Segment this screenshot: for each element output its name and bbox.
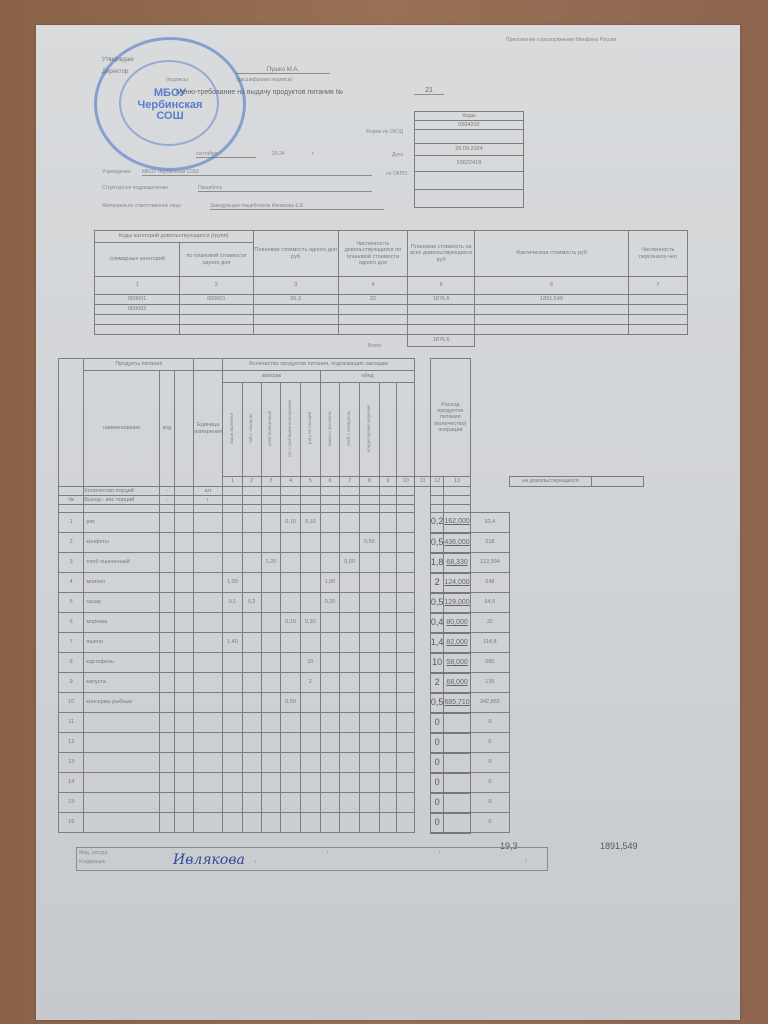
decode-hint: (расшифровка подписи)	[236, 77, 292, 83]
sum-cell: 32	[470, 613, 509, 633]
sum-cell: 0	[470, 773, 509, 793]
responsible-label: Материально ответственное лицо	[102, 203, 181, 209]
dish-name: какао с молоком	[328, 411, 333, 446]
okpo-label: по ОКПО	[386, 171, 407, 177]
qty-cell: 10	[430, 653, 444, 673]
price-cell	[444, 793, 470, 813]
product-row: 9капуста2268,000136	[59, 673, 644, 693]
price-cell: 124,000	[444, 573, 470, 593]
dish-name: чай с сахаром	[249, 414, 254, 444]
qty-cell: 0,4	[430, 613, 444, 633]
qty-cell: 0	[430, 733, 444, 753]
qty-cell: 1,4	[430, 633, 444, 653]
sum-cell: 0	[470, 713, 509, 733]
product-row: 2конфеты0,500,5436,000218	[59, 533, 644, 553]
product-row: 3хлеб пшеничный1,200,601,868,330122,994	[59, 553, 644, 573]
qty-cell: 0,5	[430, 533, 444, 553]
okpo-value: 53622418	[415, 156, 524, 172]
category-row: 00000100000195.3221876.61891,549	[95, 295, 688, 305]
document-page: Приложение к распоряжению Минфина России…	[36, 25, 740, 1020]
qty-cell: 1,8	[430, 553, 444, 573]
qty-cell: 0,2	[430, 513, 444, 533]
sum-cell: 0	[470, 733, 509, 753]
products-table: Продукты питанияКоличество продуктов пит…	[58, 358, 644, 834]
sum-cell: 64,5	[470, 593, 509, 613]
price-cell	[444, 753, 470, 773]
category-row	[95, 325, 688, 335]
sum-cell: 114,8	[470, 633, 509, 653]
sum-cell: 0	[470, 793, 509, 813]
category-row: 000002	[95, 305, 688, 315]
price-cell: 436,000	[444, 533, 470, 553]
date-year: 20 24	[272, 151, 285, 157]
qty-cell: 0,5	[430, 693, 444, 713]
product-row: 1500	[59, 793, 644, 813]
price-cell: 82,000	[444, 633, 470, 653]
qty-cell: 0	[430, 813, 444, 833]
storekeeper-signature: Ивлякова	[173, 852, 245, 868]
product-row: 1100	[59, 713, 644, 733]
total-label: Всего	[368, 343, 381, 349]
product-row: 6морковь0,100,300,480,00032	[59, 613, 644, 633]
date-value: 26.09.2024	[415, 144, 524, 156]
sum-cell: 122,994	[470, 553, 509, 573]
top-note: Приложение к распоряжению Минфина России	[506, 37, 616, 43]
dish-name: хлеб пшеничный	[268, 411, 273, 446]
price-cell: 68,000	[444, 673, 470, 693]
price-cell: 129,000	[444, 593, 470, 613]
product-row: 1400	[59, 773, 644, 793]
product-row: 5сахар0,10,20,200,5129,00064,5	[59, 593, 644, 613]
price-cell	[444, 713, 470, 733]
nurse-label: Мед. сестра	[79, 850, 107, 856]
total-value: 1876.6	[408, 335, 475, 347]
dish-name: рагу из овощей	[308, 412, 313, 444]
price-cell: 685,710	[444, 693, 470, 713]
sum-cell: 580	[470, 653, 509, 673]
qty-cell: 0	[430, 793, 444, 813]
dish-name: каша пшенная	[230, 413, 235, 443]
price-cell: 80,000	[444, 613, 470, 633]
sum-cell: 136	[470, 673, 509, 693]
division-label: Структурное подразделение	[102, 185, 168, 191]
qty-cell: 0	[430, 713, 444, 733]
price-cell: 58,000	[444, 653, 470, 673]
sum-cell: 218	[470, 533, 509, 553]
sum-cell: 248	[470, 573, 509, 593]
sum-cell: 0	[470, 813, 509, 833]
dish-name: кондитерские изделия	[367, 405, 372, 452]
dish-name: хлеб с повидлом	[347, 411, 352, 446]
product-row: 4молоко1,001,002124,000248	[59, 573, 644, 593]
price-cell	[444, 733, 470, 753]
total-sum: 1891,549	[600, 841, 638, 851]
school-stamp: МБОУЧербинскаяСОШ	[94, 37, 246, 171]
qty-cell: 0,5	[430, 593, 444, 613]
sum-cell: 0	[470, 753, 509, 773]
sum-cell: 342,855	[470, 693, 509, 713]
product-row: 8картофель101058,000580	[59, 653, 644, 673]
price-cell: 68,330	[444, 553, 470, 573]
product-row: 1300	[59, 753, 644, 773]
qty-cell: 2	[430, 573, 444, 593]
price-cell	[444, 813, 470, 833]
qty-cell: 0	[430, 773, 444, 793]
sum-cell: 32,4	[470, 513, 509, 533]
institution-label: Учреждение	[102, 169, 131, 175]
price-cell: 162,000	[444, 513, 470, 533]
date-year-suffix: г.	[312, 151, 315, 157]
dish-name: суп с рыбными консервами	[288, 400, 293, 457]
category-row	[95, 315, 688, 325]
price-cell	[444, 773, 470, 793]
codes-header: Коды	[415, 112, 524, 121]
okud-label: Форма по ОКУД	[366, 129, 403, 135]
qty-cell: 0	[430, 753, 444, 773]
date-label: Дата	[392, 152, 403, 158]
qty-cell: 2	[430, 673, 444, 693]
director-name: Пушко М.А.	[236, 67, 330, 74]
codes-table: Коды 0504202 26.09.2024 53622418	[414, 111, 524, 208]
division-value: Пищеблок	[198, 185, 372, 192]
product-row: 7пшено1,401,482,000114,8	[59, 633, 644, 653]
signature-block: Мед. сестра Кладовщик Ивлякова / / / /	[76, 847, 548, 871]
product-row: 1600	[59, 813, 644, 833]
product-row: 1рис0,100,100,2162,00032,4	[59, 513, 644, 533]
okud-value: 0504202	[415, 121, 524, 130]
responsible-value: Заведующая пищеблоком Ивлякова Е.Б.	[210, 203, 384, 210]
product-row: 10консервы рыбные0,500,5685,710342,855	[59, 693, 644, 713]
product-row: 1200	[59, 733, 644, 753]
category-table: Коды категорий довольствующихся (групп) …	[94, 230, 688, 347]
storekeeper-label: Кладовщик	[79, 859, 105, 865]
document-number: 21	[414, 87, 444, 95]
